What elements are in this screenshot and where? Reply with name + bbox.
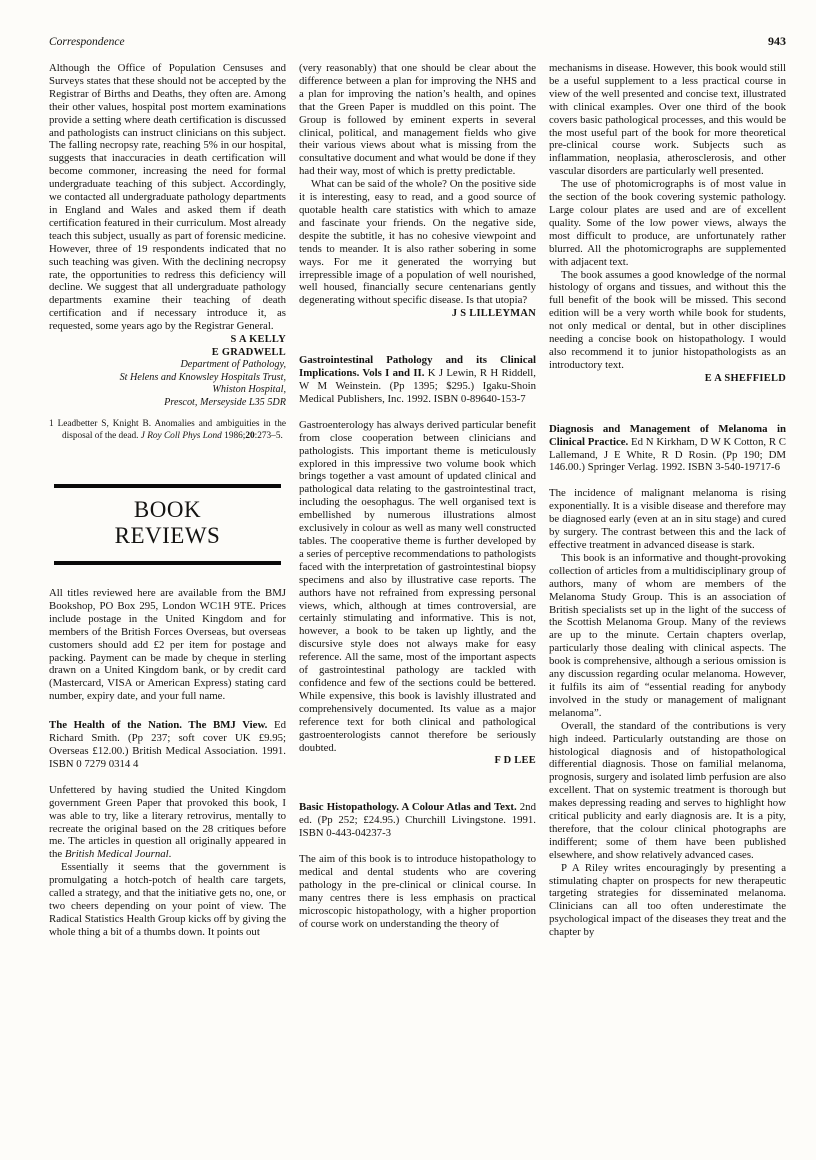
running-head-page-number: 943: [768, 34, 786, 49]
letter-signature-1: S A KELLY: [49, 333, 286, 346]
book-reviews-title-line-1: BOOK: [54, 497, 281, 523]
reviewer-signature-sheffield: E A SHEFFIELD: [549, 372, 786, 385]
column-right: mechanisms in disease. However, this boo…: [549, 62, 786, 939]
letter-continuation-paragraph: Although the Office of Population Census…: [49, 62, 286, 333]
review-histo-paragraph-3: The book assumes a good knowledge of the…: [549, 269, 786, 372]
review-heading-health-of-nation: The Health of the Nation. The BMJ View. …: [49, 719, 286, 771]
affiliation-line-2: St Helens and Knowsley Hospitals Trust,: [49, 372, 286, 385]
review-heading-basic-histopathology: Basic Histopathology. A Colour Atlas and…: [299, 801, 536, 840]
review-histo-body-paragraph: The aim of this book is to introduce his…: [299, 853, 536, 930]
running-head: Correspondence 943: [49, 34, 786, 49]
review-health-continuation-paragraph: (very reasonably) that one should be cle…: [299, 62, 536, 178]
review-health-paragraph-2: Essentially it seems that the government…: [49, 861, 286, 938]
column-middle: (very reasonably) that one should be cle…: [299, 62, 536, 939]
running-head-section: Correspondence: [49, 36, 125, 48]
affiliation-line-4: Prescot, Merseyside L35 5DR: [49, 397, 286, 410]
review-heading-gastrointestinal-pathology: Gastrointestinal Pathology and its Clini…: [299, 354, 536, 406]
reviewer-signature-lilleyman: J S LILLEYMAN: [299, 307, 536, 320]
review-histo-paragraph-2: The use of photomicrographs is of most v…: [549, 178, 786, 268]
review-gastro-body-paragraph: Gastroenterology has always derived part…: [299, 419, 536, 755]
affiliation-line-3: Whiston Hospital,: [49, 384, 286, 397]
three-column-layout: Although the Office of Population Census…: [49, 62, 786, 939]
book-reviews-banner: BOOK REVIEWS: [54, 484, 281, 565]
review-melanoma-paragraph-4: P A Riley writes encouragingly by presen…: [549, 862, 786, 939]
column-left: Although the Office of Population Census…: [49, 62, 286, 939]
letter-signature-2: E GRADWELL: [49, 346, 286, 359]
availability-notice: All titles reviewed here are available f…: [49, 587, 286, 703]
book-reviews-title-line-2: REVIEWS: [54, 523, 281, 549]
review-melanoma-paragraph-3: Overall, the standard of the contributio…: [549, 720, 786, 862]
review-health-paragraph-1: Unfettered by having studied the United …: [49, 784, 286, 861]
review-health-paragraph-3: What can be said of the whole? On the po…: [299, 178, 536, 307]
reviewer-signature-lee: F D LEE: [299, 754, 536, 767]
review-heading-melanoma: Diagnosis and Management of Melanoma in …: [549, 423, 786, 475]
journal-page: Correspondence 943 Although the Office o…: [0, 0, 816, 1160]
review-melanoma-paragraph-1: The incidence of malignant melanoma is r…: [549, 487, 786, 552]
review-melanoma-paragraph-2: This book is an informative and thought-…: [549, 552, 786, 720]
affiliation-line-1: Department of Pathology,: [49, 359, 286, 372]
reference-item: 1 Leadbetter S, Knight B. Anomalies and …: [49, 419, 286, 442]
review-histo-continuation-paragraph: mechanisms in disease. However, this boo…: [549, 62, 786, 178]
